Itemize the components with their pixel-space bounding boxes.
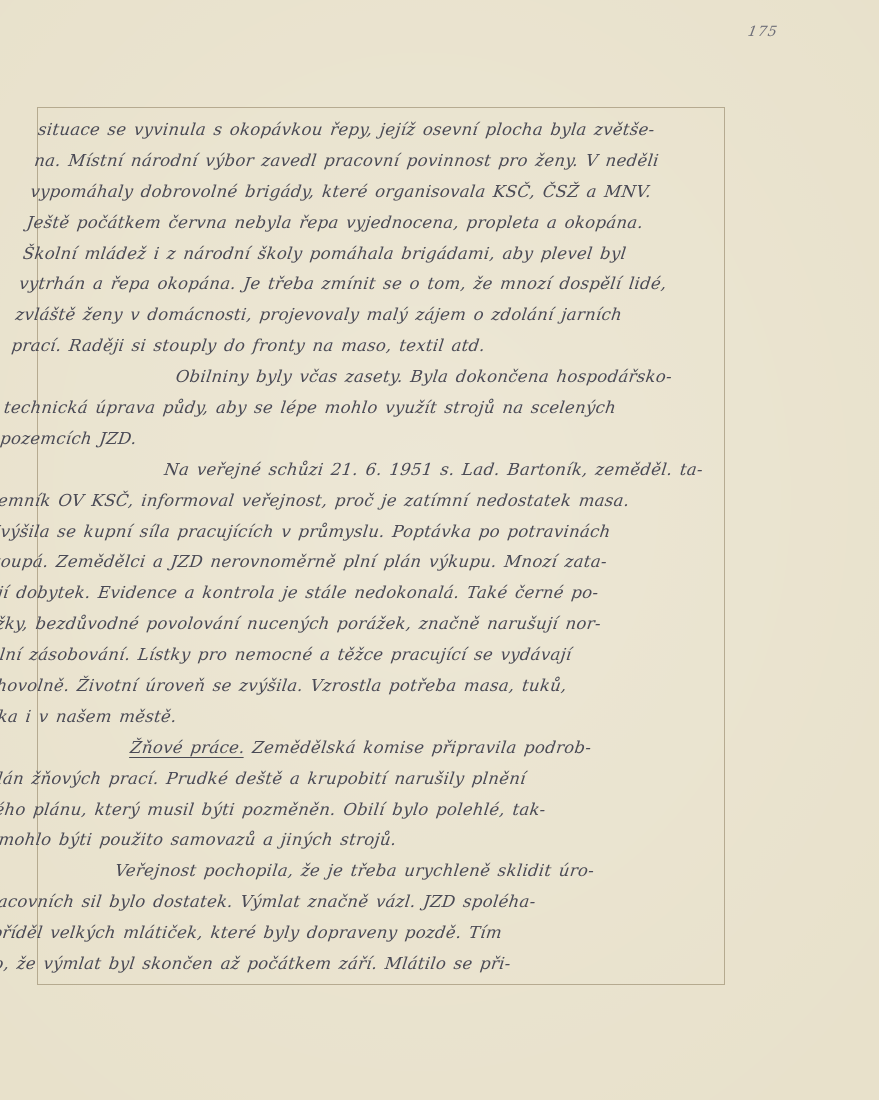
text-line: mléka i v našem městě. xyxy=(0,702,674,733)
text-segment: prací. Raději si stouply do fronty na ma… xyxy=(11,336,487,355)
text-line: Ještě počátkem června nebyla řepa vyjedn… xyxy=(25,208,735,239)
text-segment: Obilniny byly včas zasety. Byla dokončen… xyxy=(175,367,673,386)
text-segment: technická úprava půdy, aby se lépe mohlo… xyxy=(3,398,617,417)
page-number: 175 xyxy=(747,24,780,40)
text-segment: jemník OV KSČ, informoval veřejnost, pro… xyxy=(0,491,631,510)
text-line: situace se vyvinula s okopávkou řepy, je… xyxy=(36,115,746,146)
text-segment: mální zásobování. Lístky pro nemocné a t… xyxy=(0,645,573,664)
text-line: na. Místní národní výbor zavedl pracovní… xyxy=(32,146,742,177)
text-segment: žňového plánu, který musil býti pozměněn… xyxy=(0,800,547,819)
text-segment: mléka i v našem městě. xyxy=(0,707,178,726)
text-line: že nemohlo býti použito samovazů a jinýc… xyxy=(0,825,659,856)
handwritten-text: situace se vyvinula s okopávkou řepy, je… xyxy=(0,115,746,980)
text-line: technická úprava půdy, aby se lépe mohlo… xyxy=(2,393,712,424)
text-segment: na. Místní národní výbor zavedl pracovní… xyxy=(33,151,660,170)
text-segment: zvláště ženy v domácnosti, projevovaly m… xyxy=(14,305,623,324)
text-line: prací. Raději si stouply do fronty na ma… xyxy=(10,331,720,362)
text-segment: vypomáhaly dobrovolné brigády, které org… xyxy=(29,182,652,201)
text-line: Zvýšila se kupní síla pracujících v prům… xyxy=(0,517,697,548)
underlined-heading: Žňové práce. xyxy=(129,738,246,757)
text-segment: Zvýšila se kupní síla pracujících v prům… xyxy=(0,522,612,541)
text-line: rážky, bezdůvodné povolování nucených po… xyxy=(0,609,685,640)
text-segment: Školní mládež i z národní školy pomáhala… xyxy=(22,244,628,263)
text-line: vypomáhaly dobrovolné brigády, které org… xyxy=(29,177,739,208)
text-segment: vytrhán a řepa okopána. Je třeba zmínit … xyxy=(18,274,668,293)
text-line: blahovolně. Životní úroveň se zvýšila. V… xyxy=(0,671,678,702)
text-line: vytrhán a řepa okopána. Je třeba zmínit … xyxy=(17,269,727,300)
text-segment: Na veřejné schůzi 21. 6. 1951 s. Lad. Ba… xyxy=(163,460,704,479)
text-segment: jují dobytek. Evidence a kontrola je stá… xyxy=(0,583,600,602)
text-line: se stalo, že výmlat byl skončen až počát… xyxy=(0,949,644,980)
text-line: Obilniny byly včas zasety. Byla dokončen… xyxy=(6,362,716,393)
text-segment: ný plán žňových prací. Prudké deště a kr… xyxy=(0,769,527,788)
text-segment: Zemědělská komise připravila podrob- xyxy=(244,738,593,757)
text-line: ný plán žňových prací. Prudké deště a kr… xyxy=(0,764,666,795)
text-line: mální zásobování. Lístky pro nemocné a t… xyxy=(0,640,682,671)
text-segment: situace se vyvinula s okopávkou řepy, je… xyxy=(37,120,656,139)
text-line: stoupá. Zemědělci a JZD nerovnoměrně pln… xyxy=(0,547,693,578)
text-line: Žňové práce. Zemědělská komise připravil… xyxy=(0,733,670,764)
text-segment: stoupá. Zemědělci a JZD nerovnoměrně pln… xyxy=(0,552,608,571)
text-segment: blahovolně. Životní úroveň se zvýšila. V… xyxy=(0,676,568,695)
text-line: zvláště ženy v domácnosti, projevovaly m… xyxy=(13,300,723,331)
text-line: du. Pracovních sil bylo dostatek. Výmlat… xyxy=(0,887,651,918)
text-segment: Veřejnost pochopila, že je třeba urychle… xyxy=(114,861,595,880)
text-segment: pozemcích JZD. xyxy=(0,429,138,448)
text-segment: du. Pracovních sil bylo dostatek. Výmlat… xyxy=(0,892,537,911)
text-segment: rážky, bezdůvodné povolování nucených po… xyxy=(0,614,602,633)
text-segment: Ještě počátkem června nebyla řepa vyjedn… xyxy=(26,213,645,232)
text-line: lo na příděl velkých mlátiček, které byl… xyxy=(0,918,647,949)
text-segment: že nemohlo býti použito samovazů a jinýc… xyxy=(0,830,398,849)
text-line: Školní mládež i z národní školy pomáhala… xyxy=(21,239,731,270)
text-line: Na veřejné schůzi 21. 6. 1951 s. Lad. Ba… xyxy=(0,455,704,486)
text-line: Veřejnost pochopila, že je třeba urychle… xyxy=(0,856,655,887)
text-line: jují dobytek. Evidence a kontrola je stá… xyxy=(0,578,689,609)
text-line: žňového plánu, který musil býti pozměněn… xyxy=(0,795,663,826)
text-line: pozemcích JZD. xyxy=(0,424,708,455)
text-segment: lo na příděl velkých mlátiček, které byl… xyxy=(0,923,503,942)
text-segment: se stalo, že výmlat byl skončen až počát… xyxy=(0,954,512,973)
text-line: jemník OV KSČ, informoval veřejnost, pro… xyxy=(0,486,700,517)
